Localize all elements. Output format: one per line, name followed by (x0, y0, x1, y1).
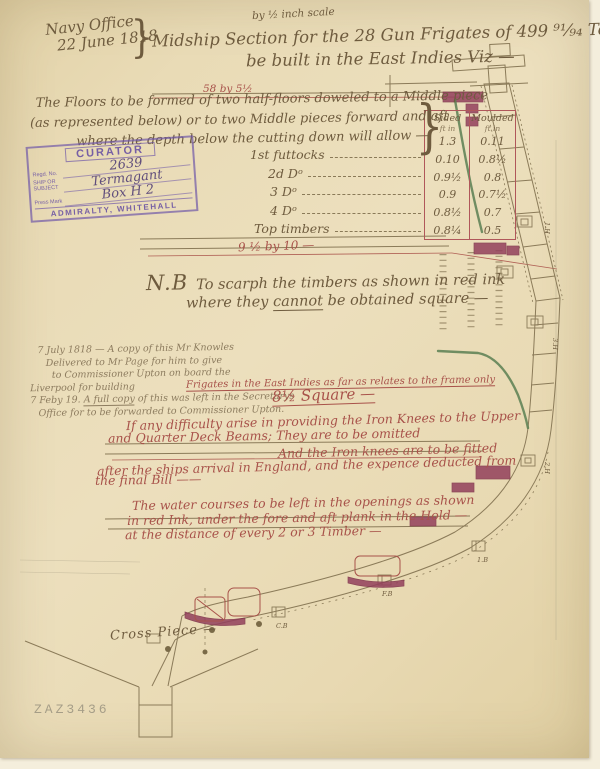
red-dimension-note-mid: 9 ½ by 10 — (238, 238, 315, 255)
futtock-label: 2d Dᵒ (250, 166, 303, 181)
iron-knees-line5: the final Bill —— (95, 471, 202, 488)
memo-line5-underlined: A full copy (84, 394, 135, 407)
archive-reference: ZAZ3436 (34, 702, 110, 717)
moulded-value: 0.8½ (470, 153, 515, 166)
futtock-list-item: 3 Dᵒ (250, 181, 424, 199)
futtock-label: 3 Dᵒ (250, 184, 297, 199)
red-dimension-note-top: 58 by 5½ (203, 83, 253, 95)
nb-text-2a: where they (186, 294, 273, 312)
nb-text-cannot: cannot (273, 293, 323, 311)
leader-dashes (330, 157, 421, 158)
timber-table-row: 0.8½0.7 (425, 204, 515, 222)
timber-table-row: 0.90.7½ (425, 186, 515, 204)
moulded-value: 0.8 (470, 171, 515, 184)
futtock-label: Top timbers (250, 221, 330, 236)
futtock-list: 1st futtocks2d Dᵒ3 Dᵒ4 DᵒTop timbers (250, 144, 424, 236)
moulded-value: 0.5 (470, 224, 515, 237)
sided-value: 0.8¼ (425, 224, 470, 237)
futtock-list-item: 2d Dᵒ (250, 162, 424, 180)
memo-line5-post: of this was left in the Secretarys (135, 391, 295, 405)
timber-table-row: 0.9½0.8 (425, 168, 515, 186)
leader-dashes (302, 213, 421, 214)
memo-line5-pre: 7 Feby 19. (30, 395, 84, 407)
moulded-value: 0.7½ (470, 188, 515, 201)
date-brace: } (131, 12, 153, 63)
leader-dashes (335, 231, 421, 232)
nb-text-2b: be obtained square — (323, 290, 489, 309)
futtock-list-item: Top timbers (250, 218, 424, 236)
sided-value: 0.9 (425, 188, 470, 201)
square-red-note: 8½ Square — (272, 384, 376, 407)
stamp-press-mark-label: Press Mark (34, 198, 64, 206)
admiralty-curator-stamp: CURATOR Regd. No. 2639 SHIP OR SUBJECT T… (26, 135, 199, 223)
sided-value: 0.8½ (425, 206, 470, 219)
futtock-label: 4 Dᵒ (250, 203, 297, 218)
nb-prefix: N.B (146, 270, 189, 295)
futtock-list-item: 1st futtocks (250, 144, 424, 162)
futtock-list-item: 4 Dᵒ (250, 199, 424, 217)
leader-dashes (308, 176, 421, 177)
leader-dashes (302, 194, 421, 195)
timber-table-row: 0.8¼0.5 (425, 221, 515, 239)
futtock-label: 1st futtocks (250, 147, 325, 162)
moulded-value: 0.7 (470, 206, 515, 219)
stamp-ship-label: SHIP OR SUBJECT (33, 178, 64, 192)
sided-value: 0.9½ (425, 171, 470, 184)
